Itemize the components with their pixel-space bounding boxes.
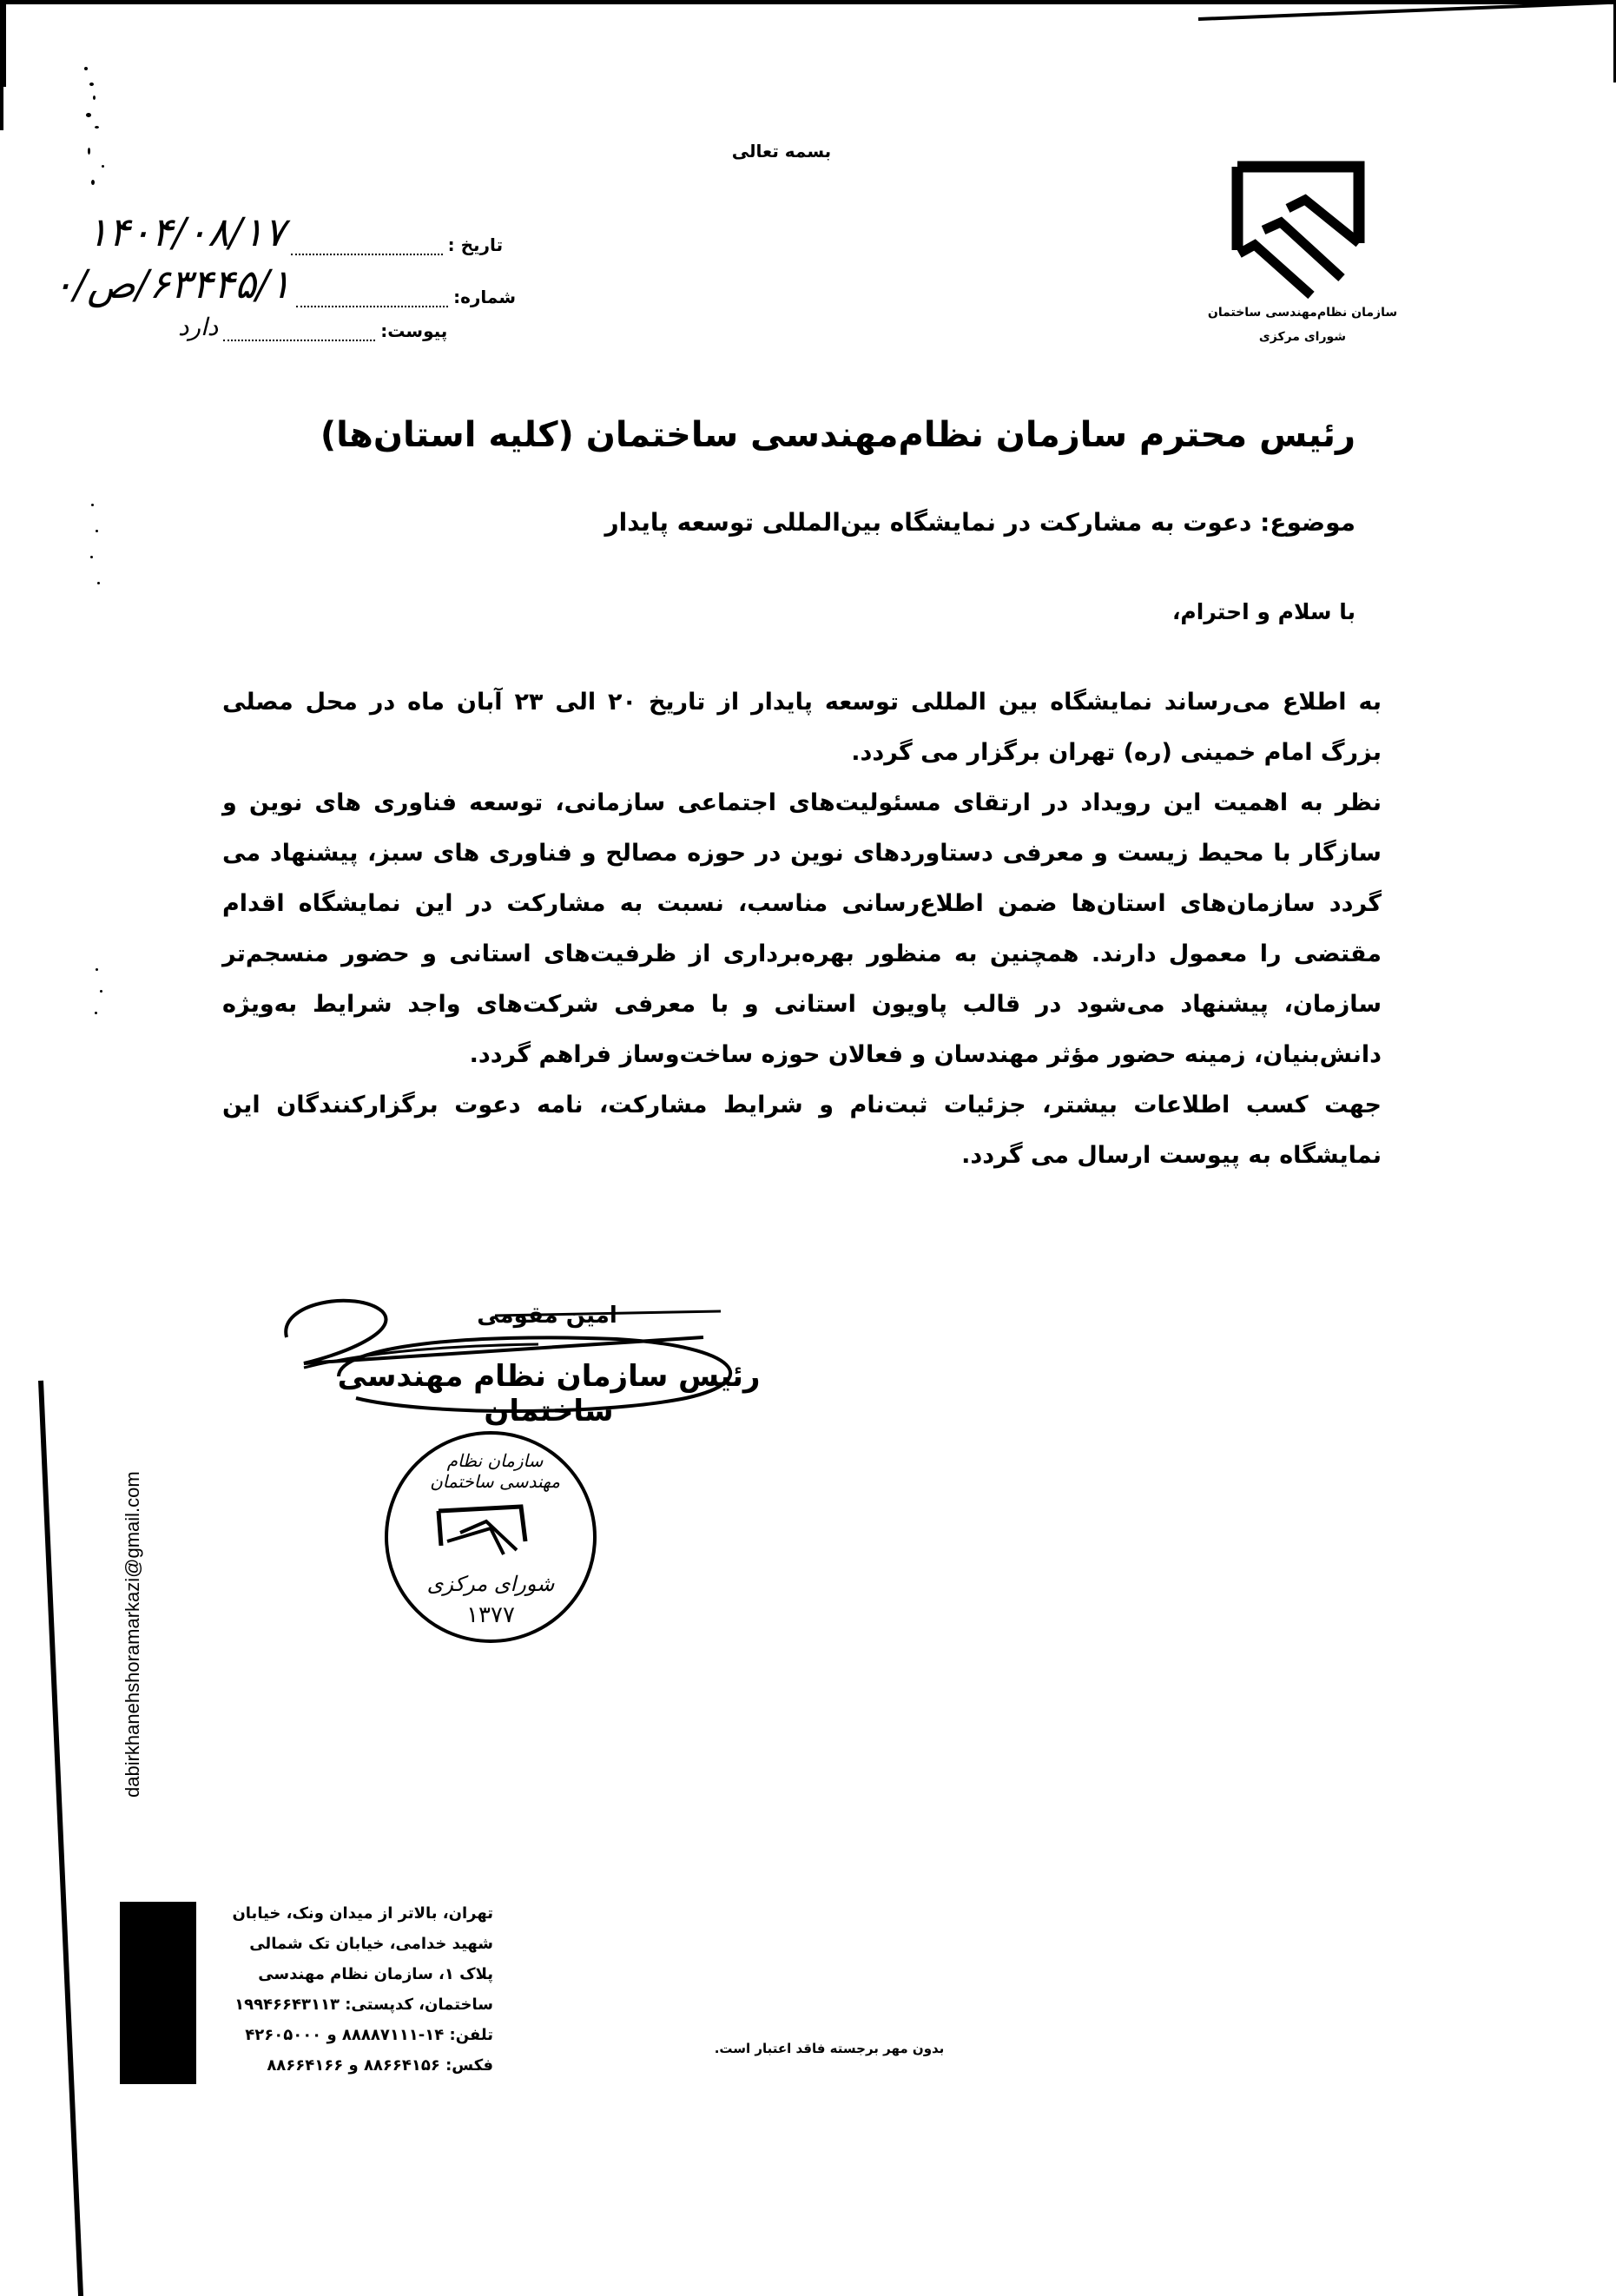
date-value-handwritten: ۱۴۰۴/۰۸/۱۷ bbox=[87, 208, 286, 255]
address-line: پلاک ۱، سازمان نظام مهندسی bbox=[207, 1959, 493, 1989]
address-line: فکس: ۸۸۶۶۴۱۵۶ و ۸۸۶۶۴۱۶۶ bbox=[207, 2050, 493, 2081]
scan-border-top bbox=[0, 0, 1616, 4]
greeting: با سلام و احترام، bbox=[227, 599, 1355, 624]
body-paragraph-2: نظر به اهمیت این رویداد در ارتقای مسئولی… bbox=[222, 778, 1382, 1080]
meta-attachment: پیوست: دارد bbox=[178, 313, 447, 341]
org-name-line1: سازمان نظام‌مهندسی ساختمان bbox=[1198, 306, 1407, 320]
address-line: شهید خدامی، خیابان تک شمالی bbox=[207, 1929, 493, 1959]
body-paragraph-1: به اطلاع می‌رساند نمایشگاه بین المللی تو… bbox=[222, 677, 1382, 778]
number-label: شماره: bbox=[453, 287, 516, 307]
seal-ring-text: سازمان نظام مهندسی ساختمان bbox=[417, 1450, 573, 1492]
body-paragraph-3: جهت کسب اطلاعات بیشتر، جزئیات ثبت‌نام و … bbox=[222, 1080, 1382, 1181]
scan-border-left-lower bbox=[0, 87, 3, 130]
meta-date: تاریخ : ۱۴۰۴/۰۸/۱۷ bbox=[87, 208, 503, 255]
subject-line: موضوع: دعوت به مشارکت در نمایشگاه بین‌ال… bbox=[227, 508, 1355, 537]
attachment-value-handwritten: دارد bbox=[178, 313, 218, 341]
letter-body: به اطلاع می‌رساند نمایشگاه بین المللی تو… bbox=[222, 677, 1382, 1181]
org-name-line2: شورای مرکزی bbox=[1198, 330, 1407, 344]
official-seal: سازمان نظام مهندسی ساختمان شورای مرکزی ۱… bbox=[365, 1424, 617, 1650]
margin-email: dabirkhanehshoramarkazi@gmail.com bbox=[122, 1471, 144, 1798]
scan-speckles bbox=[82, 65, 117, 195]
number-dotted-line bbox=[296, 290, 448, 307]
date-dotted-line bbox=[291, 238, 443, 255]
address-line: تلفن: ۱۴-۸۸۸۸۷۱۱۱ و ۴۲۶۰۵۰۰۰ bbox=[207, 2020, 493, 2050]
seal-inner-text: شورای مرکزی bbox=[425, 1572, 556, 1596]
date-label: تاریخ : bbox=[448, 234, 503, 255]
invocation-text: بسمه تعالی bbox=[712, 141, 851, 162]
scan-speckles-3 bbox=[91, 968, 117, 1020]
building-engineering-organization-logo-icon bbox=[1229, 156, 1368, 300]
address-line: تهران، بالاتر از میدان ونک، خیابان bbox=[207, 1898, 493, 1929]
redacted-block bbox=[120, 1902, 196, 2084]
attachment-label: پیوست: bbox=[380, 320, 447, 341]
recipient-heading: رئیس محترم سازمان نظام‌مهندسی ساختمان (ک… bbox=[227, 415, 1355, 455]
scan-speckles-2 bbox=[87, 504, 113, 599]
signer-title: رئیس سازمان نظام مهندسی ساختمان bbox=[323, 1359, 775, 1428]
address-line: ساختمان، کدپستی: ۱۹۹۴۶۶۴۳۱۱۳ bbox=[207, 1989, 493, 2020]
meta-number: شماره: ۶۳۴۴۵/۱/ص/۰ bbox=[52, 261, 516, 307]
footer-address: تهران، بالاتر از میدان ونک، خیابان شهید … bbox=[207, 1898, 493, 2081]
scan-border-left bbox=[0, 0, 6, 87]
number-value-handwritten: ۶۳۴۴۵/۱/ص/۰ bbox=[52, 261, 291, 307]
validity-note: بدون مهر برجسته فاقد اعتبار است. bbox=[669, 2041, 990, 2056]
letter-page: بسمه تعالی سازمان نظام‌مهندسی ساختمان شو… bbox=[0, 0, 1616, 2296]
seal-year: ۱۳۷۷ bbox=[447, 1602, 534, 1628]
signer-name: امین مقومی bbox=[473, 1303, 621, 1329]
scan-margin-streak bbox=[38, 1381, 83, 2296]
attachment-dotted-line bbox=[223, 324, 375, 341]
